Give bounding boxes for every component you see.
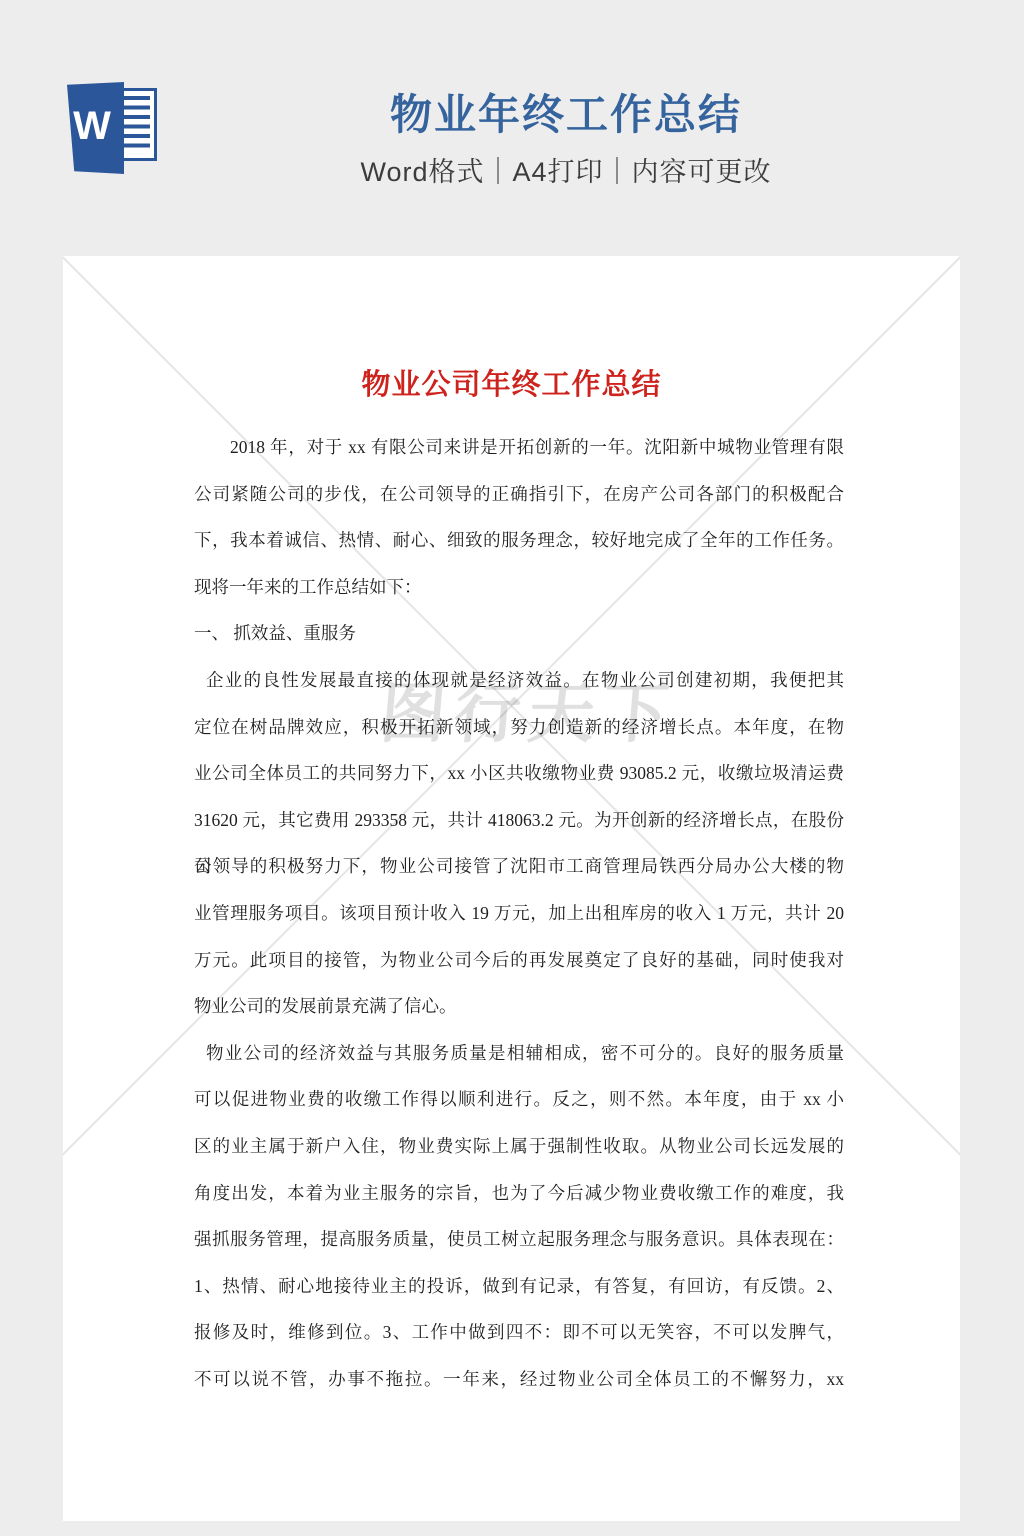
text-line: 可以促进物业费的收缴工作得以顺利进行。反之，则不然。本年度，由于 xx 小 [194, 1076, 844, 1123]
header-text-block: 物业年终工作总结 Word格式｜A4打印｜内容可更改 [170, 92, 962, 189]
text-line: 公司紧随公司的步伐，在公司领导的正确指引下，在房产公司各部门的积极配合 [194, 471, 844, 518]
text-line: 业公司全体员工的共同努力下，xx 小区共收缴物业费 93085.2 元，收缴垃圾… [194, 750, 844, 797]
word-icon-letter: W [73, 104, 111, 149]
text-line: 业管理服务项目。该项目预计收入 19 万元，加上出租库房的收入 1 万元，共计 … [194, 890, 844, 937]
document-title: 物业公司年终工作总结 [63, 368, 960, 402]
text-line: 万元。此项目的接管，为物业公司今后的再发展奠定了良好的基础，同时使我对 [194, 937, 844, 984]
template-title: 物业年终工作总结 [170, 92, 962, 138]
template-subtitle: Word格式｜A4打印｜内容可更改 [170, 150, 962, 189]
text-line: 下，我本着诚信、热情、耐心、细致的服务理念，较好地完成了全年的工作任务。 [194, 517, 844, 564]
text-line: 物业公司的发展前景充满了信心。 [194, 983, 844, 1030]
text-line: 定位在树品牌效应，积极开拓新领域，努力创造新的经济增长点。本年度，在物 [194, 704, 844, 751]
text-line: 现将一年来的工作总结如下： [194, 564, 844, 611]
text-line: 司领导的积极努力下，物业公司接管了沈阳市工商管理局铁西分局办公大楼的物 [194, 843, 844, 890]
word-icon-cover: W [64, 82, 124, 174]
text-line: 一、 抓效益、重服务 [194, 610, 844, 657]
text-line: 企业的良性发展最直接的体现就是经济效益。在物业公司创建初期，我便把其 [194, 657, 844, 704]
word-icon: W [60, 82, 162, 178]
text-line: 不可以说不管，办事不拖拉。一年来，经过物业公司全体员工的不懈努力，xx [194, 1356, 844, 1403]
template-header: W 物业年终工作总结 Word格式｜A4打印｜内容可更改 [0, 0, 1024, 256]
document-body: 2018 年，对于 xx 有限公司来讲是开拓创新的一年。沈阳新中城物业管理有限公… [194, 424, 844, 1402]
text-line: 物业公司的经济效益与其服务质量是相辅相成，密不可分的。良好的服务质量 [194, 1030, 844, 1077]
text-line: 2018 年，对于 xx 有限公司来讲是开拓创新的一年。沈阳新中城物业管理有限 [194, 424, 844, 471]
text-line: 1、热情、耐心地接待业主的投诉，做到有记录，有答复，有回访，有反馈。2、 [194, 1263, 844, 1310]
text-line: 区的业主属于新户入住，物业费实际上属于强制性收取。从物业公司长远发展的 [194, 1123, 844, 1170]
document-page: 图行天下 物业公司年终工作总结 2018 年，对于 xx 有限公司来讲是开拓创新… [63, 256, 960, 1521]
text-line: 强抓服务管理，提高服务质量，使员工树立起服务理念与服务意识。具体表现在： [194, 1216, 844, 1263]
text-line: 报修及时，维修到位。3、工作中做到四不：即不可以无笑容，不可以发脾气， [194, 1309, 844, 1356]
text-line: 角度出发，本着为业主服务的宗旨，也为了今后减少物业费收缴工作的难度，我 [194, 1170, 844, 1217]
text-line: 31620 元，其它费用 293358 元，共计 418063.2 元。为开创新… [194, 797, 844, 844]
